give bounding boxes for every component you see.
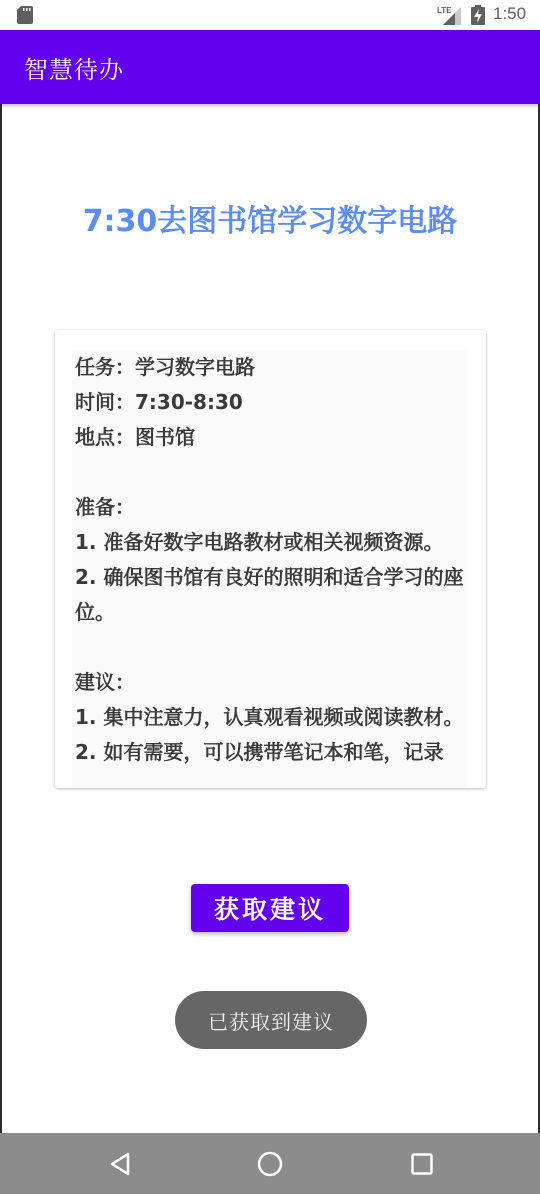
get-suggestion-button[interactable]: 获取建议: [191, 884, 349, 932]
location-line: 地点：图书馆: [72, 420, 466, 455]
recents-button[interactable]: [407, 1149, 437, 1179]
prep-item-1: 1. 准备好数字电路教材或相关视频资源。: [72, 525, 466, 560]
lte-signal-icon: LTE: [437, 5, 463, 25]
app-bar: 智慧待办: [0, 30, 540, 104]
blank-line: [72, 455, 466, 490]
prep-item-2: 2. 确保图书馆有良好的照明和适合学习的座位。: [72, 560, 466, 630]
svg-text:LTE: LTE: [437, 6, 452, 15]
todo-headline: 7:30去图书馆学习数字电路: [0, 196, 540, 240]
advice-item-2: 2. 如有需要，可以携带笔记本和笔，记录: [72, 735, 466, 770]
app-title: 智慧待办: [24, 50, 124, 85]
task-line: 任务：学习数字电路: [72, 350, 466, 385]
suggestion-text-area[interactable]: 任务：学习数字电路 时间：7:30-8:30 地点：图书馆 准备： 1. 准备好…: [72, 350, 466, 788]
toast-message: 已获取到建议: [175, 991, 367, 1049]
back-icon: [108, 1151, 132, 1177]
home-button[interactable]: [255, 1149, 285, 1179]
status-bar: LTE 1:50: [0, 0, 540, 30]
battery-charging-icon: [471, 5, 485, 25]
recents-icon: [410, 1152, 434, 1176]
navigation-bar: [0, 1133, 540, 1194]
suggestion-card: 任务：学习数字电路 时间：7:30-8:30 地点：图书馆 准备： 1. 准备好…: [55, 330, 486, 788]
back-button[interactable]: [105, 1149, 135, 1179]
advice-item-1: 1. 集中注意力，认真观看视频或阅读教材。: [72, 700, 466, 735]
prep-heading: 准备：: [72, 490, 466, 525]
home-icon: [256, 1150, 284, 1178]
sd-card-icon: [17, 6, 33, 24]
time-line: 时间：7:30-8:30: [72, 385, 466, 420]
advice-heading: 建议：: [72, 665, 466, 700]
clock: 1:50: [493, 4, 526, 24]
blank-line: [72, 630, 466, 665]
